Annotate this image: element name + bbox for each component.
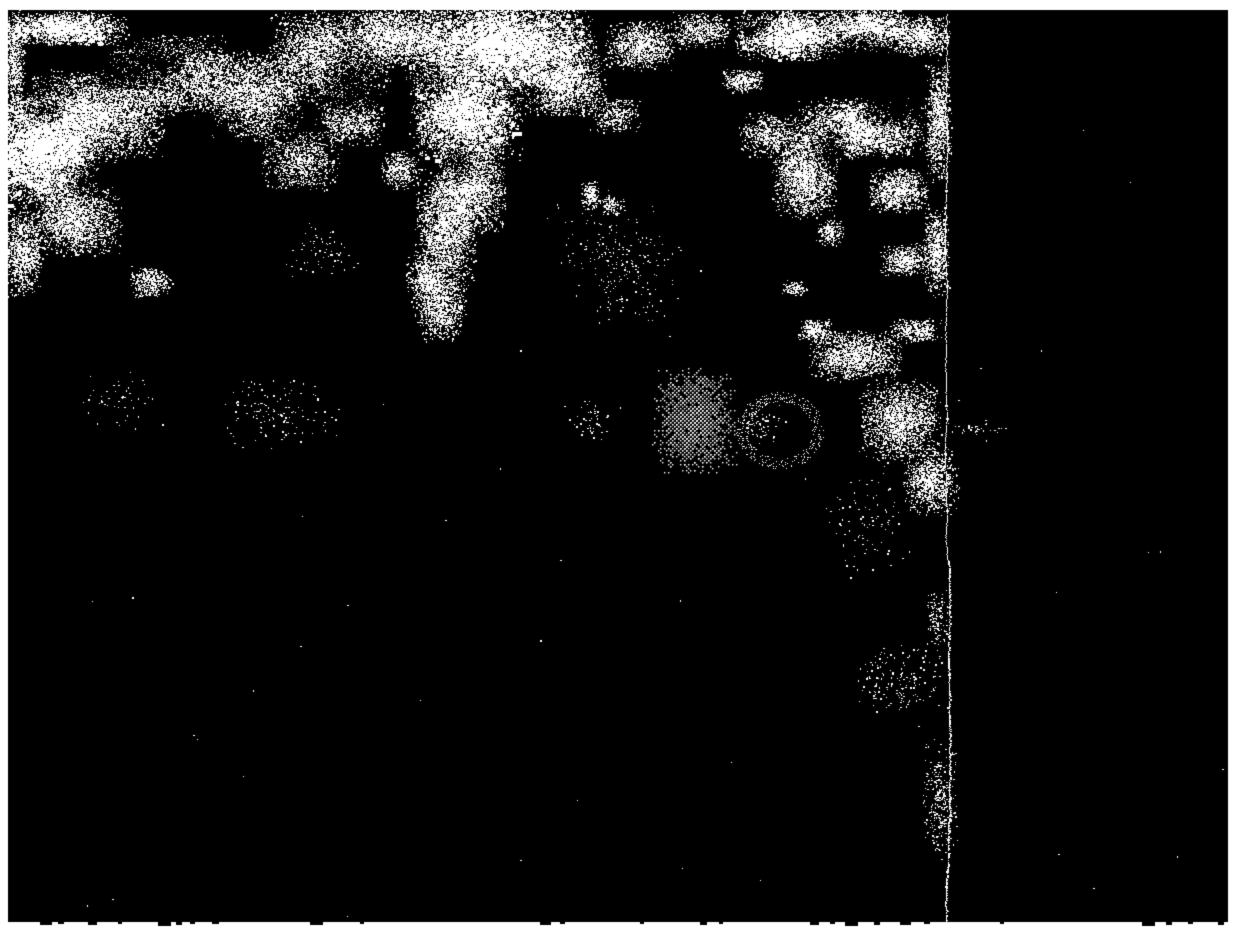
figure-page xyxy=(0,0,1240,936)
halftone-photo-canvas xyxy=(0,0,1240,936)
